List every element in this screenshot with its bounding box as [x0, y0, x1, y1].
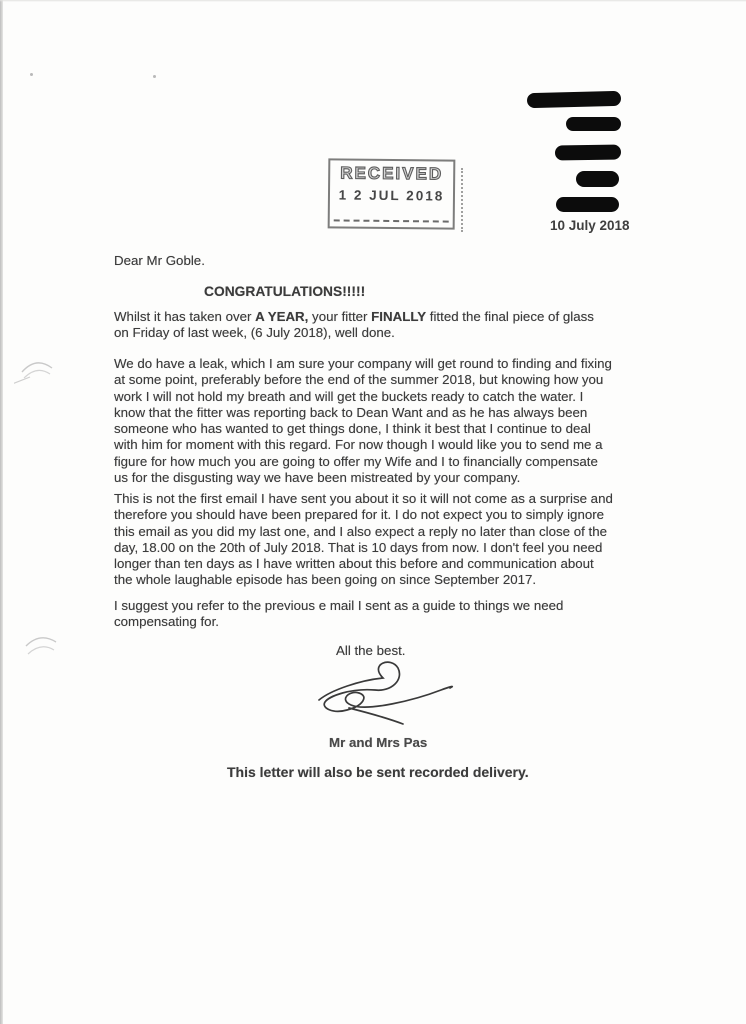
redaction-bar	[576, 171, 619, 187]
congratulations-heading: CONGRATULATIONS!!!!!	[204, 284, 365, 300]
scan-speck	[30, 73, 33, 76]
body-line: us for the disgusting way we have been m…	[114, 470, 612, 486]
body-line: We do have a leak, which I am sure your …	[114, 356, 612, 372]
paragraph-3: This is not the first email I have sent …	[114, 491, 613, 589]
redaction-bar	[555, 145, 621, 161]
paragraph-1: Whilst it has taken over A YEAR, your fi…	[114, 309, 594, 342]
recorded-delivery-note: This letter will also be sent recorded d…	[227, 764, 529, 780]
redaction-bar	[527, 91, 621, 108]
scanned-letter-page: RECEIVED 1 2 JUL 2018 10 July 2018 Dear …	[0, 0, 746, 1024]
salutation: Dear Mr Goble.	[114, 253, 205, 269]
received-stamp: RECEIVED 1 2 JUL 2018	[328, 158, 456, 229]
body-line: This is not the first email I have sent …	[114, 491, 613, 507]
redaction-bar	[556, 197, 619, 212]
body-line: Whilst it has taken over A YEAR, your fi…	[114, 309, 594, 325]
scan-artifact-arcs	[14, 350, 64, 390]
scan-edge-left	[0, 0, 3, 1024]
body-line: at some point, preferably before the end…	[114, 372, 612, 388]
signatory-name: Mr and Mrs Pas	[329, 735, 427, 751]
body-line: someone who has wanted to get things don…	[114, 421, 612, 437]
paragraph-2: We do have a leak, which I am sure your …	[114, 356, 612, 486]
stamp-title: RECEIVED	[330, 163, 453, 184]
body-line: I suggest you refer to the previous e ma…	[114, 598, 563, 614]
stamp-date: 1 2 JUL 2018	[330, 187, 453, 203]
paragraph-4: I suggest you refer to the previous e ma…	[114, 598, 563, 631]
letter-date: 10 July 2018	[550, 218, 630, 233]
body-line: with him for moment with this regard. Fo…	[114, 437, 612, 453]
body-line: work I will not hold my breath and will …	[114, 389, 612, 405]
scan-artifact-arcs	[20, 630, 70, 670]
stamp-dashed-line	[334, 219, 449, 222]
body-line: therefore you should have been prepared …	[114, 507, 613, 523]
stamp-dotted-edge	[461, 168, 463, 232]
scan-speck	[153, 75, 156, 78]
body-line: know that the fitter was reporting back …	[114, 405, 612, 421]
body-line: longer than ten days as I have written a…	[114, 556, 613, 572]
redaction-bar	[566, 117, 621, 131]
body-line: on Friday of last week, (6 July 2018), w…	[114, 325, 594, 341]
body-line: the whole laughable episode has been goi…	[114, 572, 613, 588]
body-line: compensating for.	[114, 614, 563, 630]
scan-edge-top	[0, 0, 746, 2]
body-line: figure for how much you are going to off…	[114, 454, 612, 470]
body-line: this email as you did my last one, and I…	[114, 524, 613, 540]
body-line: day, 18.00 on the 20th of July 2018. Tha…	[114, 540, 613, 556]
